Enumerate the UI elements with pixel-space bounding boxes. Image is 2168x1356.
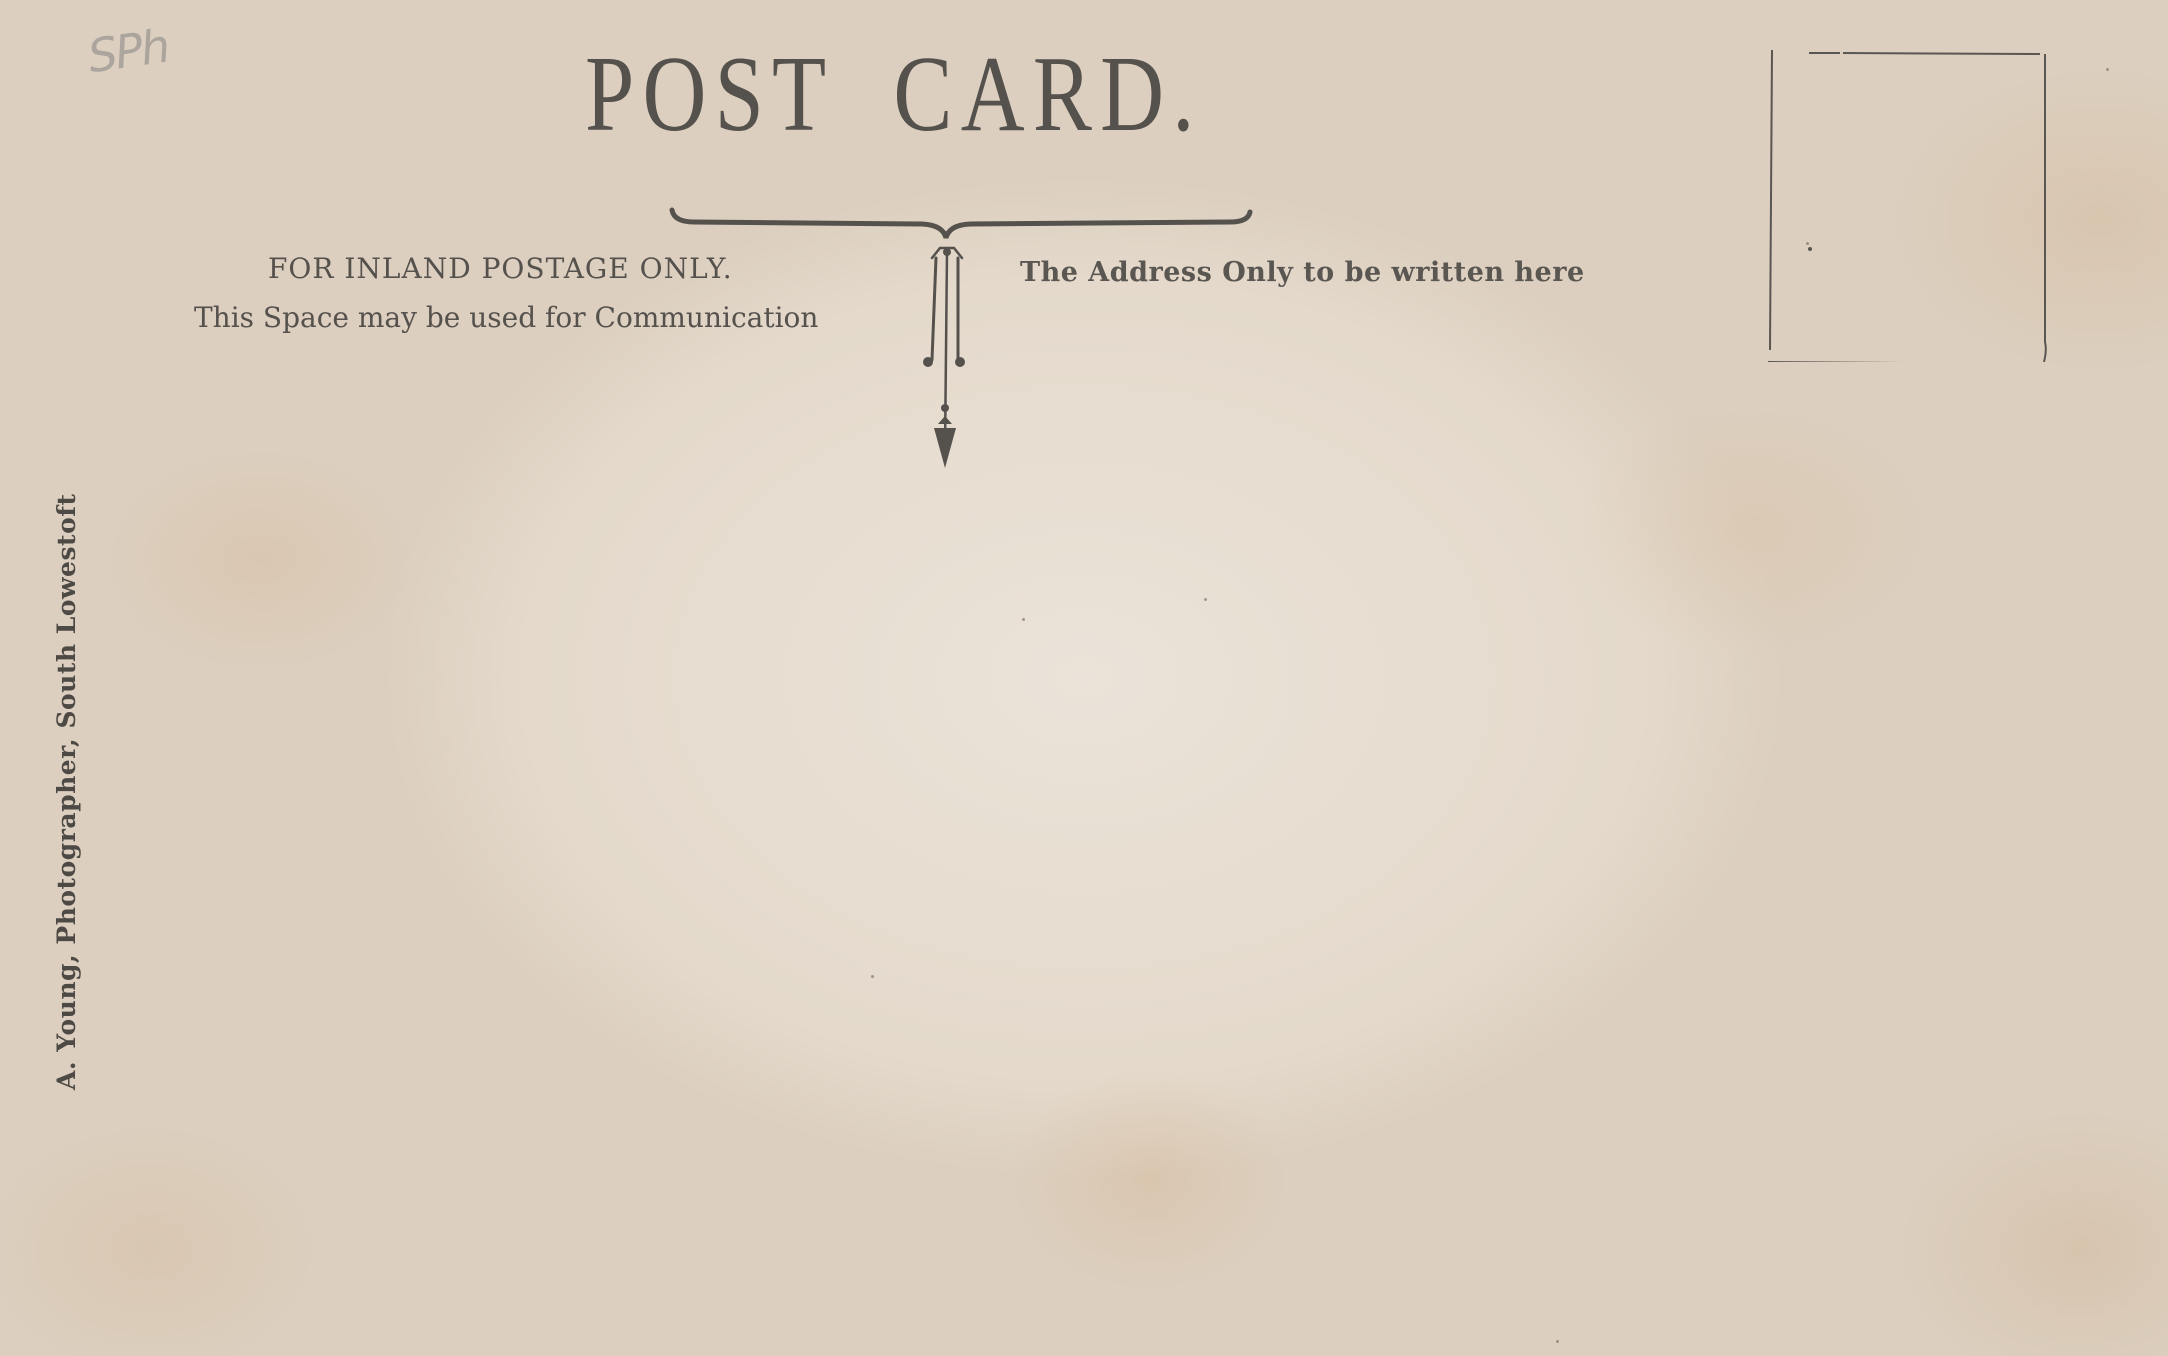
paper-speck <box>1022 618 1025 621</box>
address-space-label: The Address Only to be written here <box>1020 257 1585 288</box>
communication-space-label: This Space may be used for Communication <box>194 301 818 334</box>
paper-speck <box>1806 242 1809 245</box>
paper-speck <box>1556 1340 1559 1343</box>
postcard-title: POST CARD. <box>585 40 1257 150</box>
postcard-back: SPh POST CARD. FOR INLAND POSTAGE ONLY. … <box>0 0 2168 1356</box>
paper-speck <box>1204 598 1207 601</box>
pencil-annotation: SPh <box>85 19 172 84</box>
inland-postage-heading: FOR INLAND POSTAGE ONLY. <box>268 252 733 285</box>
paper-speck <box>871 975 874 978</box>
publisher-imprint: A. Young, Photographer, South Lowestoft <box>52 493 81 1090</box>
ornamental-divider-icon <box>660 200 1260 470</box>
paper-speck <box>2106 68 2109 71</box>
stamp-box <box>1768 50 2048 362</box>
